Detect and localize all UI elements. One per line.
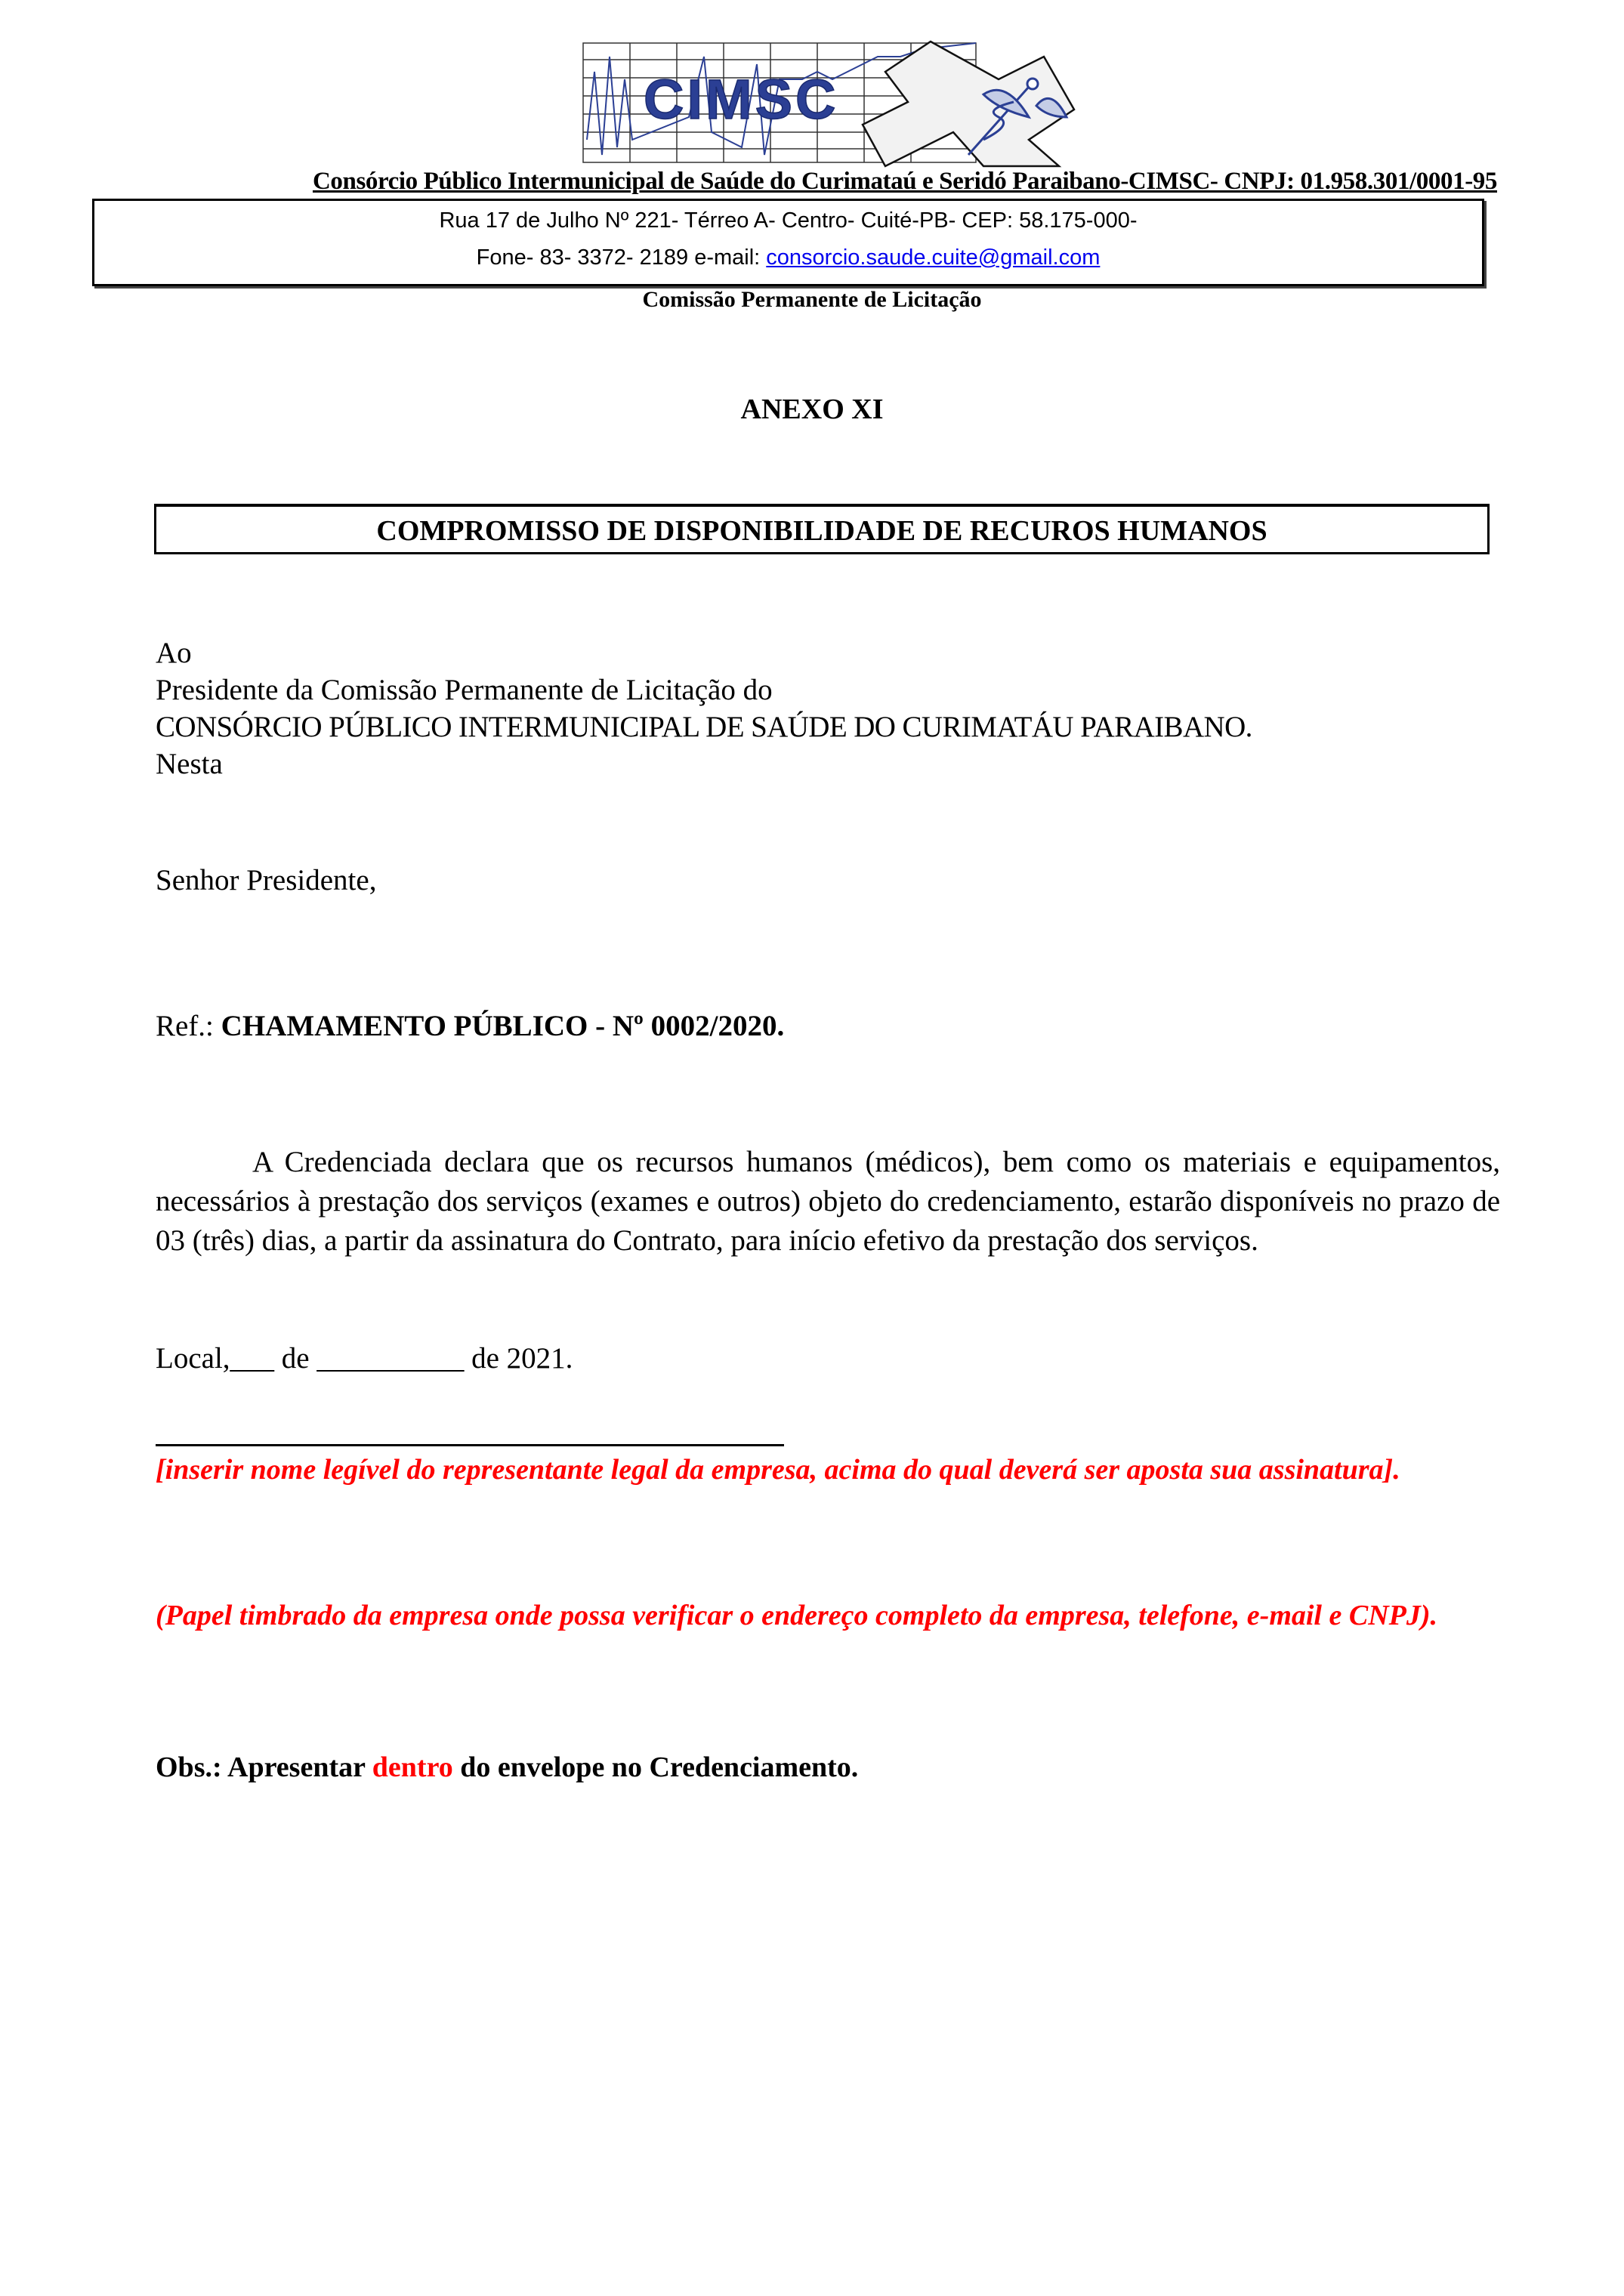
address-line: Rua 17 de Julho Nº 221- Térreo A- Centro… xyxy=(94,208,1482,233)
cimsc-logo: CIMSC xyxy=(576,34,1083,170)
observation-line: Obs.: Apresentar dentro do envelope no C… xyxy=(156,1751,858,1784)
document-title: COMPROMISSO DE DISPONIBILIDADE DE RECURO… xyxy=(156,514,1487,548)
commission-name: Comissão Permanente de Licitação xyxy=(0,287,1624,313)
title-box: COMPROMISSO DE DISPONIBILIDADE DE RECURO… xyxy=(154,504,1490,554)
addressee-line-1: Ao xyxy=(156,636,192,670)
email-link[interactable]: consorcio.saude.cuite@gmail.com xyxy=(766,245,1100,270)
organization-line: Consórcio Público Intermunicipal de Saúd… xyxy=(92,168,1497,196)
addressee-line-2: Presidente da Comissão Permanente de Lic… xyxy=(156,673,773,707)
address-box: Rua 17 de Julho Nº 221- Térreo A- Centro… xyxy=(92,199,1484,286)
observation-highlight: dentro xyxy=(372,1751,453,1783)
observation-prefix: Obs.: Apresentar xyxy=(156,1751,372,1783)
contact-line: Fone- 83- 3372- 2189 e-mail: consorcio.s… xyxy=(94,245,1482,270)
reference-label: Ref.: xyxy=(156,1010,221,1042)
observation-suffix: do envelope no Credenciamento. xyxy=(453,1751,859,1783)
declaration-text: A Credenciada declara que os recursos hu… xyxy=(156,1146,1500,1257)
signature-line xyxy=(156,1444,784,1446)
salutation: Senhor Presidente, xyxy=(156,863,376,897)
addressee-line-3: CONSÓRCIO PÚBLICO INTERMUNICIPAL DE SAÚD… xyxy=(156,710,1252,744)
signature-instruction: [inserir nome legível do representante l… xyxy=(156,1449,1440,1491)
logo-text: CIMSC xyxy=(644,68,838,131)
addressee-line-4: Nesta xyxy=(156,747,223,781)
reference-value: CHAMAMENTO PÚBLICO - Nº 0002/2020. xyxy=(221,1010,785,1042)
declaration-paragraph: A Credenciada declara que os recursos hu… xyxy=(156,1143,1500,1261)
letterhead-instruction: (Papel timbrado da empresa onde possa ve… xyxy=(156,1594,1508,1637)
date-line: Local,___ de __________ de 2021. xyxy=(156,1341,573,1375)
annex-heading: ANEXO XI xyxy=(0,393,1624,426)
reference-line: Ref.: CHAMAMENTO PÚBLICO - Nº 0002/2020. xyxy=(156,1009,784,1043)
phone-text: Fone- 83- 3372- 2189 e-mail: xyxy=(477,245,767,270)
